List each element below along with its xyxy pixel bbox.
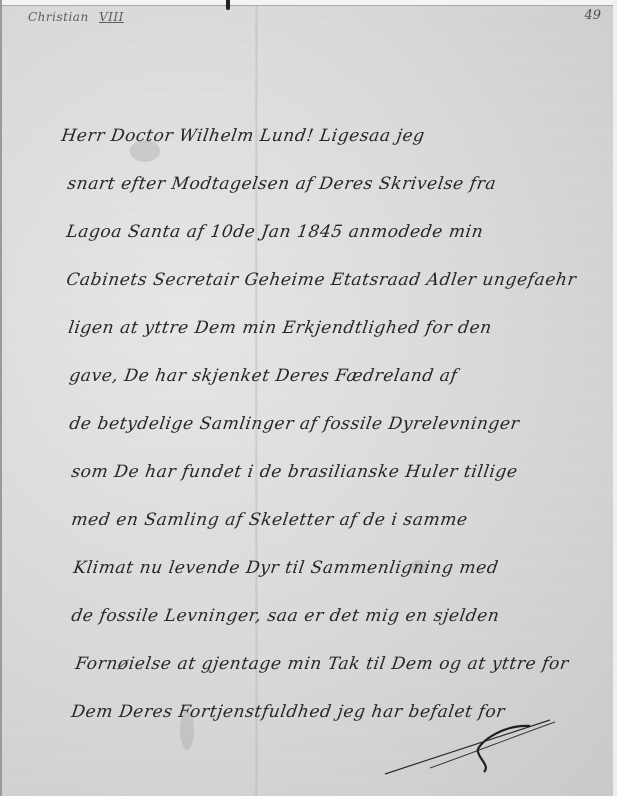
letter-line: Klimat nu levende Dyr til Sammenligning … [69, 554, 604, 602]
letter-line: de fossile Levninger, saa er det mig en … [67, 602, 604, 650]
paper-left-edge [0, 0, 2, 796]
letter-page: Christian VIII 49 Herr Doctor Wilhelm Lu… [0, 0, 617, 796]
paper-top-edge [0, 0, 617, 6]
annotation-regnal-number: VIII [99, 10, 124, 24]
annotation-name: Christian [28, 10, 89, 24]
letter-body: Herr Doctor Wilhelm Lund! Ligesaa jeg sn… [60, 122, 600, 746]
letter-line: som De har fundet i de brasilianske Hule… [67, 458, 604, 506]
paper-right-edge [613, 0, 617, 796]
letter-line: Herr Doctor Wilhelm Lund! Ligesaa jeg [57, 122, 604, 170]
letter-line: Cabinets Secretair Geheime Etatsraad Adl… [62, 266, 604, 314]
letter-line: de betydelige Samlinger af fossile Dyrel… [65, 410, 604, 458]
signature-flourish-icon [380, 716, 580, 776]
letter-line: snart efter Modtagelsen af Deres Skrivel… [63, 170, 604, 218]
letter-line: med en Samling af Skeletter af de i samm… [67, 506, 604, 554]
letter-line: gave, De har skjenket Deres Fædreland af [65, 362, 604, 410]
archive-annotation: Christian VIII [28, 10, 124, 24]
letter-line: Fornøielse at gjentage min Tak til Dem o… [71, 650, 604, 698]
ink-blot [226, 0, 230, 10]
page-number: 49 [584, 8, 601, 23]
letter-line: Lagoa Santa af 10de Jan 1845 anmodede mi… [62, 218, 604, 266]
letter-line: ligen at yttre Dem min Erkjendtlighed fo… [64, 314, 604, 362]
